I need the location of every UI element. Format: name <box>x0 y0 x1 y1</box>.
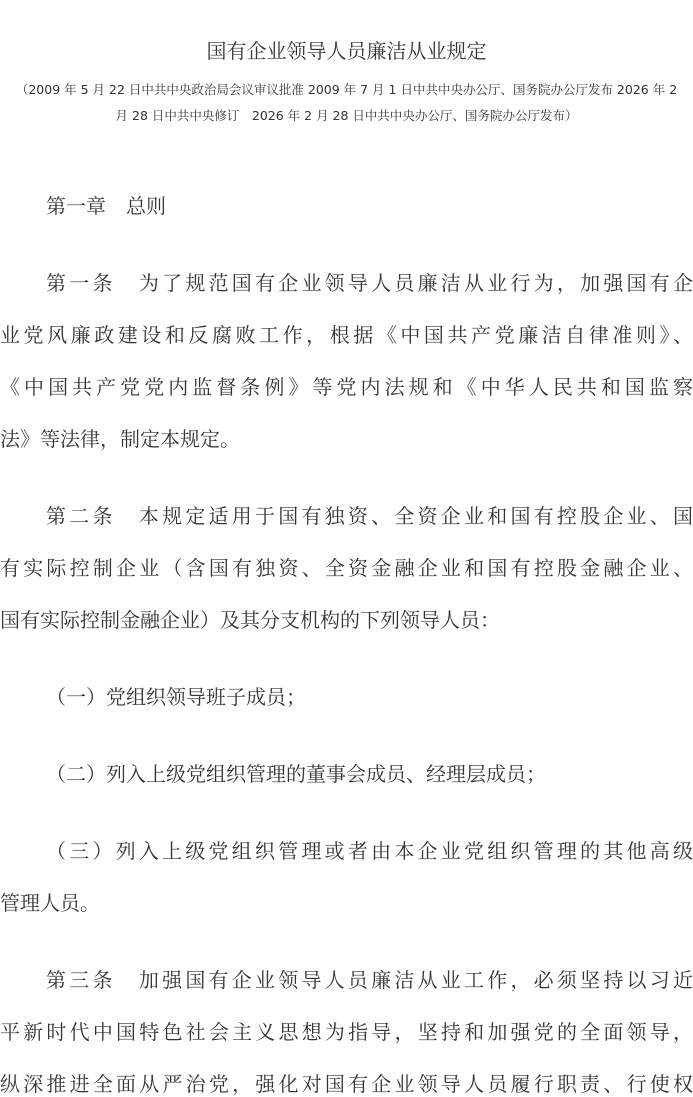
list-item-1: （一）党组织领导班子成员； <box>0 682 693 712</box>
article-1-line: 法》等法律，制定本规定。 <box>0 424 693 454</box>
list-item-3-line: （三）列入上级党组织管理或者由本企业党组织管理的其他高级 <box>0 836 693 866</box>
article-2-line: 第二条 本规定适用于国有独资、全资企业和国有控股企业、国 <box>0 501 693 531</box>
article-1-line: 业党风廉政建设和反腐败工作，根据《中国共产党廉洁自律准则》、 <box>0 320 693 350</box>
document-subtitle-line-1: （2009 年 5 月 22 日中共中央政治局会议审议批准 2009 年 7 月… <box>0 80 693 100</box>
article-3-line: 第三条 加强国有企业领导人员廉洁从业工作，必须坚持以习近 <box>0 965 693 995</box>
article-3-line: 平新时代中国特色社会主义思想为指导，坚持和加强党的全面领导， <box>0 1017 693 1047</box>
article-1-line: 第一条 为了规范国有企业领导人员廉洁从业行为，加强国有企 <box>0 268 693 298</box>
list-item-2: （二）列入上级党组织管理的董事会成员、经理层成员； <box>0 759 693 789</box>
article-3-line: 纵深推进全面从严治党，强化对国有企业领导人员履行职责、行使权 <box>0 1069 693 1097</box>
document-subtitle-line-2: 月 28 日中共中央修订 2026 年 2 月 28 日中共中央办公厅、国务院办… <box>0 106 693 126</box>
article-2-line: 有实际控制企业（含国有独资、全资金融企业和国有控股金融企业、 <box>0 553 693 583</box>
document-title: 国有企业领导人员廉洁从业规定 <box>0 36 693 66</box>
article-2-line: 国有实际控制金融企业）及其分支机构的下列领导人员： <box>0 605 693 635</box>
list-item-3-line: 管理人员。 <box>0 888 693 918</box>
chapter-heading: 第一章 总则 <box>0 191 693 221</box>
article-1-line: 《中国共产党党内监督条例》等党内法规和《中华人民共和国监察 <box>0 372 693 402</box>
